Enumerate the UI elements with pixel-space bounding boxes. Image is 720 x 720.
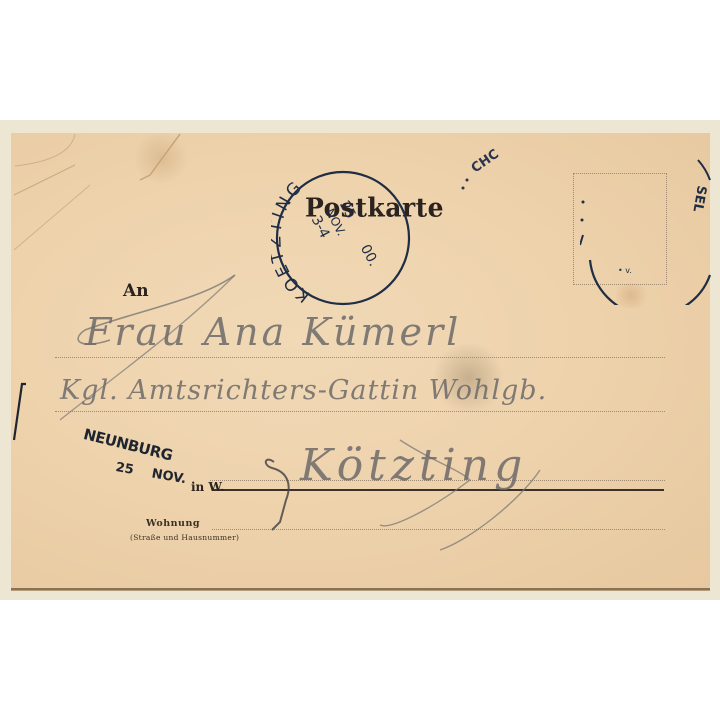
- pencil-strokes: [0, 0, 720, 720]
- handwriting-line-2: Kgl. Amtsrichters-Gattin Wohlgb.: [60, 375, 547, 406]
- handwriting-line-3: Kötzting: [300, 440, 527, 491]
- handwriting-line-1: Frau Ana Kümerl: [85, 310, 461, 354]
